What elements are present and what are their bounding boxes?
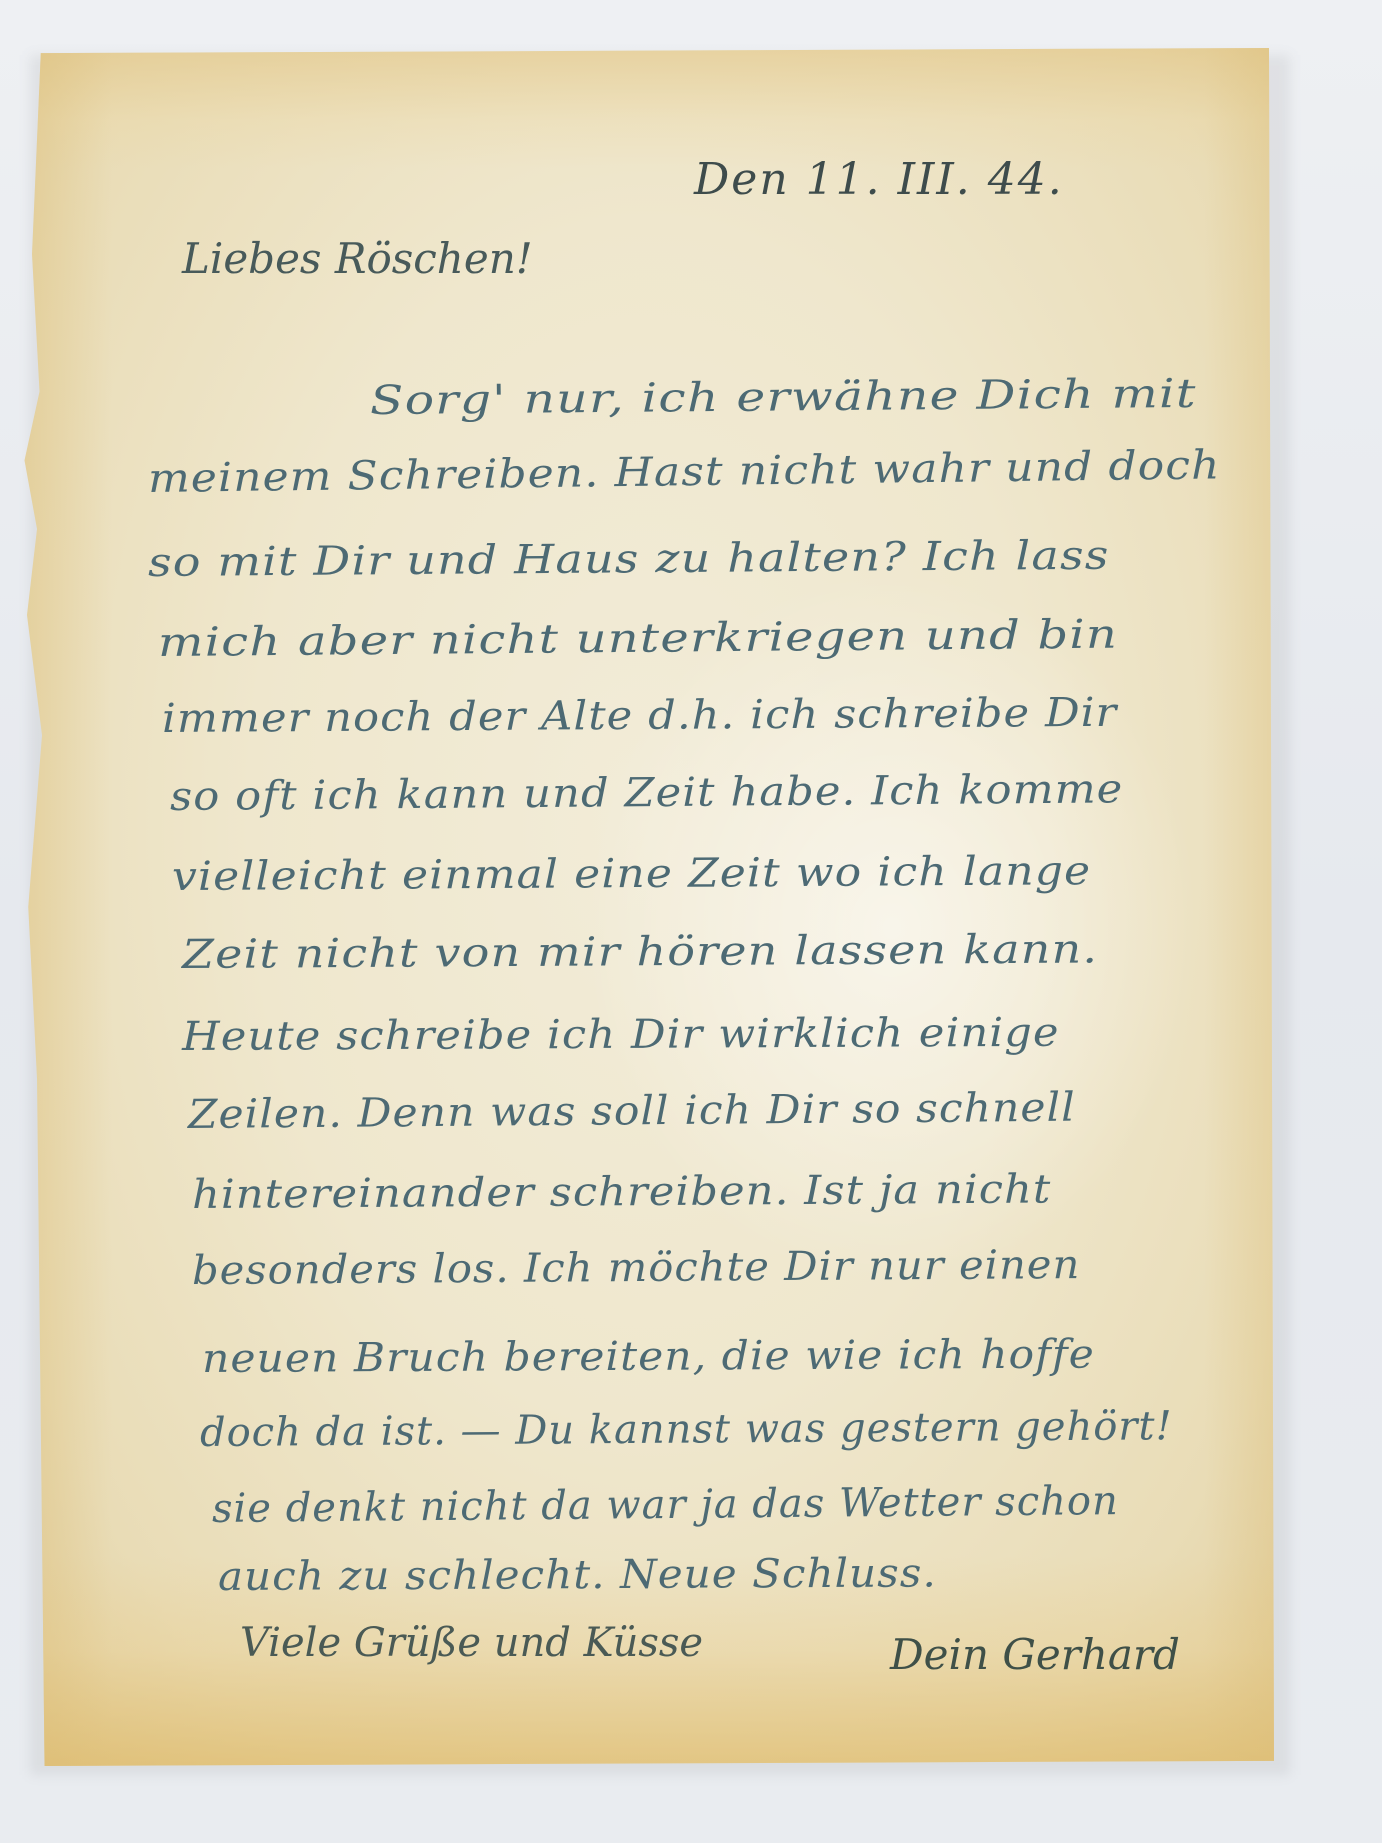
letter-line: Zeit nicht von mir hören lassen kann. xyxy=(182,926,1098,978)
letter-line: immer noch der Alte d.h. ich schreibe Di… xyxy=(162,690,1118,742)
letter-line: vielleicht einmal eine Zeit wo ich lange xyxy=(172,848,1092,900)
letter-line: sie denkt nicht da war ja das Wetter sch… xyxy=(212,1478,1119,1532)
letter-line: mich aber nicht unterkriegen und bin xyxy=(158,612,1119,666)
letter-signature: Dein Gerhard xyxy=(890,1630,1180,1679)
letter-date: Den 11. III. 44. xyxy=(694,154,1064,205)
letter-line: meinem Schreiben. Hast nicht wahr und do… xyxy=(148,442,1221,502)
letter-paper: Den 11. III. 44. Liebes Röschen! Sorg' n… xyxy=(22,48,1274,1766)
letter-line: doch da ist. — Du kannst was gestern geh… xyxy=(200,1403,1173,1456)
letter-line: auch zu schlecht. Neue Schluss. xyxy=(218,1550,937,1600)
letter-line: so mit Dir und Haus zu halten? Ich lass xyxy=(148,533,1110,586)
letter-line: so oft ich kann und Zeit habe. Ich komme xyxy=(170,766,1124,820)
letter-line: Heute schreibe ich Dir wirklich einige xyxy=(182,1010,1060,1060)
letter-closing: Viele Grüße und Küsse xyxy=(240,1620,703,1666)
letter-line: besonders los. Ich möchte Dir nur einen xyxy=(192,1242,1081,1294)
letter-line: Zeilen. Denn was soll ich Dir so schnell xyxy=(188,1085,1076,1138)
letter-line: hintereinander schreiben. Ist ja nicht xyxy=(192,1166,1052,1218)
letter-line: Sorg' nur, ich erwähne Dich mit xyxy=(370,371,1197,424)
letter-line: neuen Bruch bereiten, die wie ich hoffe xyxy=(202,1332,1095,1382)
handwritten-letter: Den 11. III. 44. Liebes Röschen! Sorg' n… xyxy=(22,48,1274,1766)
letter-salutation: Liebes Röschen! xyxy=(182,234,533,283)
